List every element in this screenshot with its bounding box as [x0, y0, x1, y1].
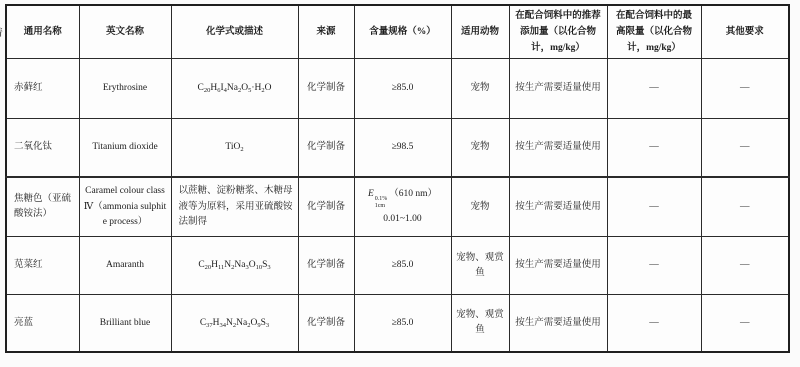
table-cell: 化学制备: [298, 295, 354, 352]
table-cell: —: [607, 295, 701, 352]
column-header: 含量规格（%）: [354, 5, 451, 59]
table-cell: 宠物: [451, 177, 509, 237]
table-cell: 二氧化钛: [6, 119, 79, 177]
table-cell: —: [607, 177, 701, 237]
column-header: 来源: [298, 5, 354, 59]
column-header: 化学式或描述: [171, 5, 298, 59]
table-cell: ≥85.0: [354, 295, 451, 352]
feed-additives-table: 通用名称英文名称化学式或描述来源含量规格（%）适用动物在配合饲料中的推荐添加量（…: [5, 4, 790, 353]
table-cell: 赤藓红: [6, 59, 79, 119]
column-header: 通用名称: [6, 5, 79, 59]
description-cell: 以蔗糖、淀粉糖浆、木糖母液等为原料，采用亚硫酸铵法制得: [171, 177, 298, 237]
table-cell: 按生产需要适量使用: [509, 177, 607, 237]
table-cell: —: [701, 237, 789, 295]
chemical-formula-cell: TiO2: [171, 119, 298, 177]
table-cell: —: [701, 59, 789, 119]
table-cell: Caramel colour class Ⅳ（ammonia sulphite …: [79, 177, 171, 237]
table-cell: ≥98.5: [354, 119, 451, 177]
table-cell: 化学制备: [298, 237, 354, 295]
table-cell: 按生产需要适量使用: [509, 59, 607, 119]
absorbance-spec-cell: E0.1%1cm（610 nm）0.01~1.00: [354, 177, 451, 237]
table-cell: —: [701, 295, 789, 352]
table-row: 焦糖色（亚硫酸铵法）Caramel colour class Ⅳ（ammonia…: [6, 177, 789, 237]
table-cell: 焦糖色（亚硫酸铵法）: [6, 177, 79, 237]
table-cell: Erythrosine: [79, 59, 171, 119]
table-cell: 按生产需要适量使用: [509, 119, 607, 177]
table-cell: 宠物: [451, 59, 509, 119]
chemical-formula-cell: C37H34N2Na2O9S3: [171, 295, 298, 352]
table-cell: 宠物、观赏鱼: [451, 237, 509, 295]
table-cell: 宠物: [451, 119, 509, 177]
chemical-formula-cell: C20H11N2Na3O10S3: [171, 237, 298, 295]
table-row: 赤藓红ErythrosineC20H6I4Na2O5·H2O化学制备≥85.0宠…: [6, 59, 789, 119]
table-cell: Titanium dioxide: [79, 119, 171, 177]
table-cell: 化学制备: [298, 59, 354, 119]
table-cell: —: [607, 59, 701, 119]
table-cell: 宠物、观赏鱼: [451, 295, 509, 352]
column-header: 其他要求: [701, 5, 789, 59]
table-cell: —: [607, 237, 701, 295]
table-row: 亮蓝Brilliant blueC37H34N2Na2O9S3化学制备≥85.0…: [6, 295, 789, 352]
column-header: 在配合饲料中的推荐添加量（以化合物计，mg/kg）: [509, 5, 607, 59]
chemical-formula-cell: C20H6I4Na2O5·H2O: [171, 59, 298, 119]
table-cell: Amaranth: [79, 237, 171, 295]
clipped-edge-text: 着: [0, 24, 3, 50]
table-cell: ≥85.0: [354, 237, 451, 295]
table-row: 二氧化钛Titanium dioxideTiO2化学制备≥98.5宠物按生产需要…: [6, 119, 789, 177]
table-cell: —: [607, 119, 701, 177]
table-cell: 按生产需要适量使用: [509, 295, 607, 352]
column-header: 适用动物: [451, 5, 509, 59]
table-row: 苋菜红AmaranthC20H11N2Na3O10S3化学制备≥85.0宠物、观…: [6, 237, 789, 295]
table-cell: —: [701, 119, 789, 177]
table-cell: —: [701, 177, 789, 237]
table-cell: 按生产需要适量使用: [509, 237, 607, 295]
table-cell: Brilliant blue: [79, 295, 171, 352]
table-cell: 亮蓝: [6, 295, 79, 352]
table-cell: 化学制备: [298, 119, 354, 177]
table-cell: 化学制备: [298, 177, 354, 237]
header-row: 通用名称英文名称化学式或描述来源含量规格（%）适用动物在配合饲料中的推荐添加量（…: [6, 5, 789, 59]
table-cell: 苋菜红: [6, 237, 79, 295]
column-header: 英文名称: [79, 5, 171, 59]
table-cell: ≥85.0: [354, 59, 451, 119]
column-header: 在配合饲料中的最高限量（以化合物计，mg/kg）: [607, 5, 701, 59]
table-body: 赤藓红ErythrosineC20H6I4Na2O5·H2O化学制备≥85.0宠…: [6, 59, 789, 352]
